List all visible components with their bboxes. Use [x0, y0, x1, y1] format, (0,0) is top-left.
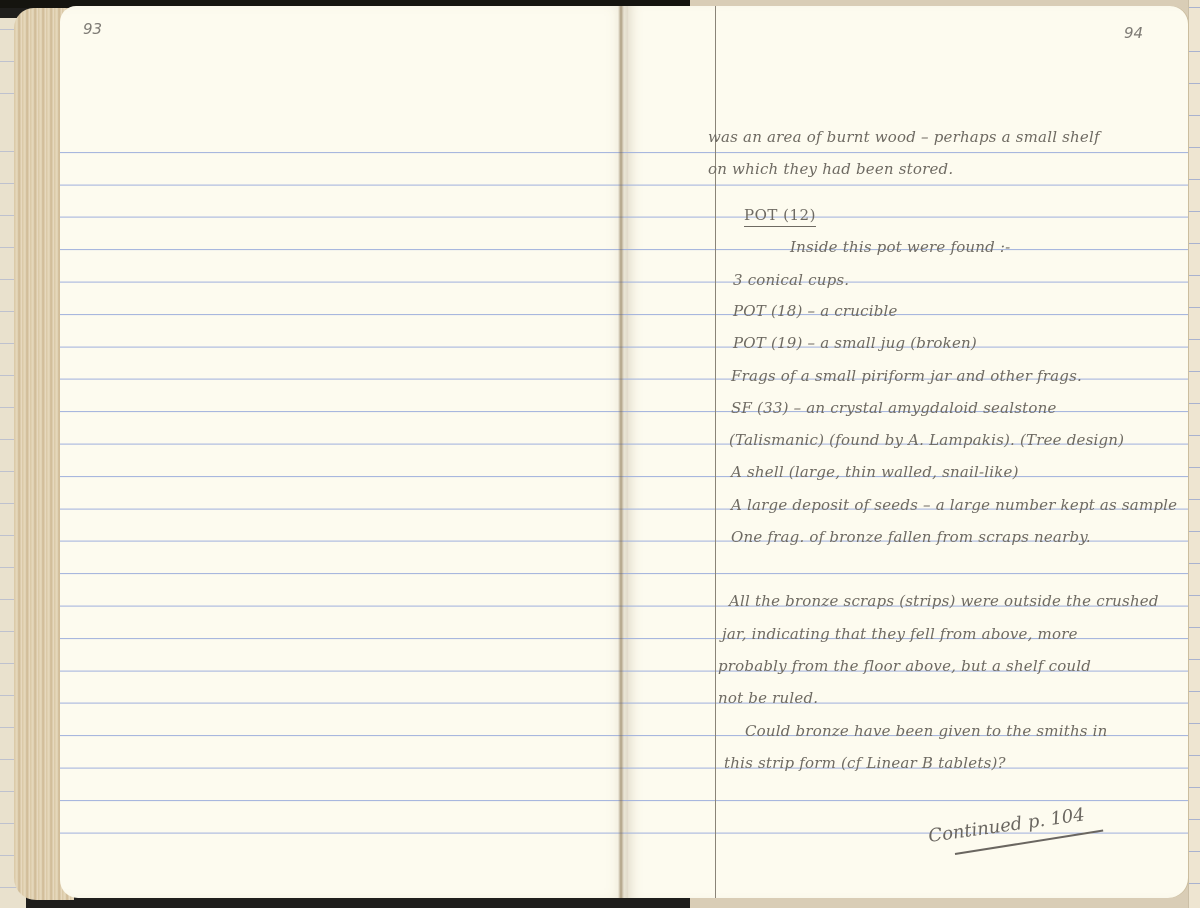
ruled-lines: [60, 6, 628, 898]
page-number-right: 94: [1124, 24, 1143, 42]
next-page-edge: [1188, 0, 1200, 908]
note-line: POT (19) – a small jug (broken): [733, 334, 977, 352]
note-line: One frag. of bronze fallen from scraps n…: [731, 528, 1091, 546]
note-line: Could bronze have been given to the smit…: [745, 722, 1108, 740]
note-line: 3 conical cups.: [733, 271, 849, 289]
note-line: this strip form (cf Linear B tablets)?: [724, 754, 1006, 772]
note-line: POT (18) – a crucible: [733, 302, 898, 320]
left-page: [60, 6, 628, 898]
binding-gutter: [618, 6, 624, 898]
note-line: Inside this pot were found :-: [790, 238, 1010, 256]
note-line: A large deposit of seeds – a large numbe…: [731, 496, 1177, 514]
note-line: probably from the floor above, but a she…: [718, 657, 1091, 675]
notebook-spread: 93 94 was an area of burnt wood – perhap…: [0, 0, 1200, 908]
note-line: not be ruled.: [718, 689, 818, 707]
note-line: on which they had been stored.: [708, 160, 953, 178]
note-line: Frags of a small piriform jar and other …: [731, 367, 1082, 385]
note-line: was an area of burnt wood – perhaps a sm…: [708, 128, 1100, 146]
note-line: (Talismanic) (found by A. Lampakis). (Tr…: [729, 431, 1124, 449]
note-line: A shell (large, thin walled, snail-like): [731, 463, 1019, 481]
page-number-left: 93: [83, 20, 102, 38]
section-heading: POT (12): [744, 206, 816, 224]
note-line: jar, indicating that they fell from abov…: [722, 625, 1078, 643]
note-line: SF (33) – an crystal amygdaloid sealston…: [731, 399, 1057, 417]
note-line: All the bronze scraps (strips) were outs…: [729, 592, 1159, 610]
